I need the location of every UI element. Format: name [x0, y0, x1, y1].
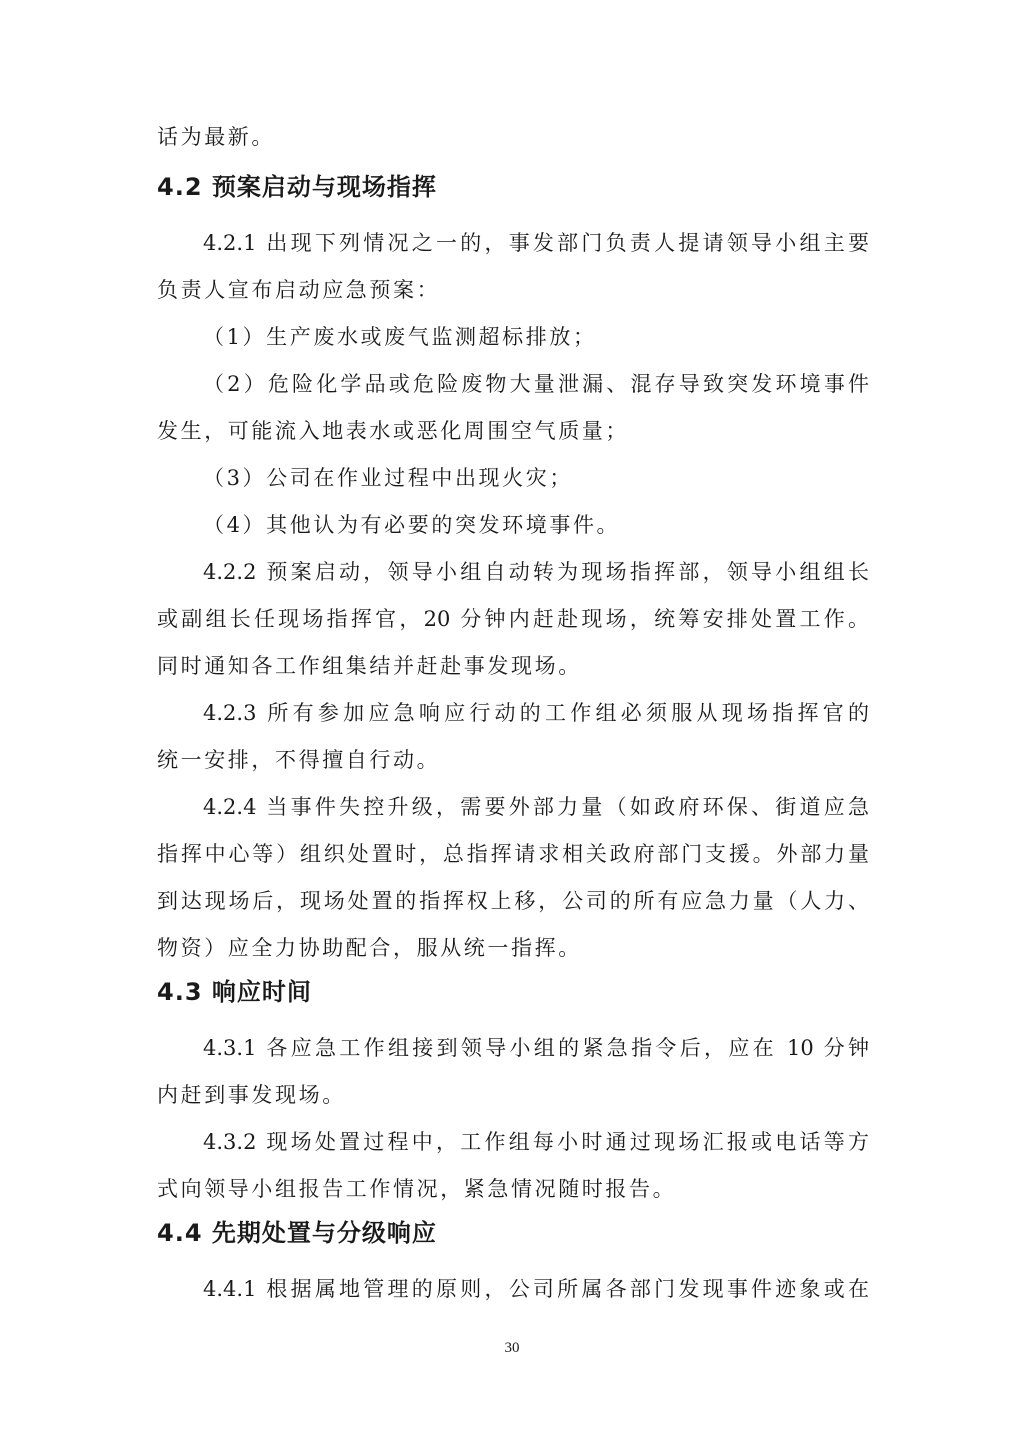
paragraph-4-2-3-line-1: 4.2.3 所有参加应急响应行动的工作组必须服从现场指挥官的 [203, 700, 869, 726]
paragraph-4-2-2-line-3: 同时通知各工作组集结并赶赴事发现场。 [157, 653, 869, 679]
list-item-2-line-1: （2）危险化学品或危险废物大量泄漏、混存导致突发环境事件 [203, 371, 869, 397]
paragraph-4-2-1-line-2: 负责人宣布启动应急预案： [157, 277, 869, 303]
paragraph-4-2-2-line-1: 4.2.2 预案启动，领导小组自动转为现场指挥部，领导小组组长 [203, 559, 869, 585]
section-heading-4-3: 4.3 响应时间 [157, 979, 869, 1005]
paragraph-4-2-2-line-2: 或副组长任现场指挥官，20 分钟内赶赴现场，统筹安排处置工作。 [157, 606, 869, 632]
paragraph-4-3-1-line-1: 4.3.1 各应急工作组接到领导小组的紧急指令后，应在 10 分钟 [203, 1035, 869, 1061]
paragraph-4-4-1-line-1: 4.4.1 根据属地管理的原则，公司所属各部门发现事件迹象或在 [203, 1276, 869, 1302]
paragraph-4-2-3-line-2: 统一安排，不得擅自行动。 [157, 747, 869, 773]
list-item-1: （1）生产废水或废气监测超标排放； [203, 324, 869, 350]
paragraph-4-2-4-line-4: 物资）应全力协助配合，服从统一指挥。 [157, 935, 869, 961]
section-heading-4-4: 4.4 先期处置与分级响应 [157, 1220, 869, 1246]
paragraph-4-3-2-line-2: 式向领导小组报告工作情况，紧急情况随时报告。 [157, 1176, 869, 1202]
list-item-2-line-2: 发生，可能流入地表水或恶化周围空气质量； [157, 418, 869, 444]
paragraph-4-2-4-line-1: 4.2.4 当事件失控升级，需要外部力量（如政府环保、街道应急 [203, 794, 869, 820]
paragraph-4-2-4-line-3: 到达现场后，现场处置的指挥权上移，公司的所有应急力量（人力、 [157, 888, 869, 914]
page-number: 30 [0, 1340, 1024, 1357]
paragraph-4-3-1-line-2: 内赶到事发现场。 [157, 1082, 869, 1108]
list-item-4: （4）其他认为有必要的突发环境事件。 [203, 512, 869, 538]
section-heading-4-2: 4.2 预案启动与现场指挥 [157, 174, 869, 200]
body-line-continuation: 话为最新。 [157, 124, 869, 150]
paragraph-4-3-2-line-1: 4.3.2 现场处置过程中，工作组每小时通过现场汇报或电话等方 [203, 1129, 869, 1155]
paragraph-4-2-4-line-2: 指挥中心等）组织处置时，总指挥请求相关政府部门支援。外部力量 [157, 841, 869, 867]
paragraph-4-2-1-line-1: 4.2.1 出现下列情况之一的，事发部门负责人提请领导小组主要 [203, 230, 869, 256]
list-item-3: （3）公司在作业过程中出现火灾； [203, 465, 869, 491]
